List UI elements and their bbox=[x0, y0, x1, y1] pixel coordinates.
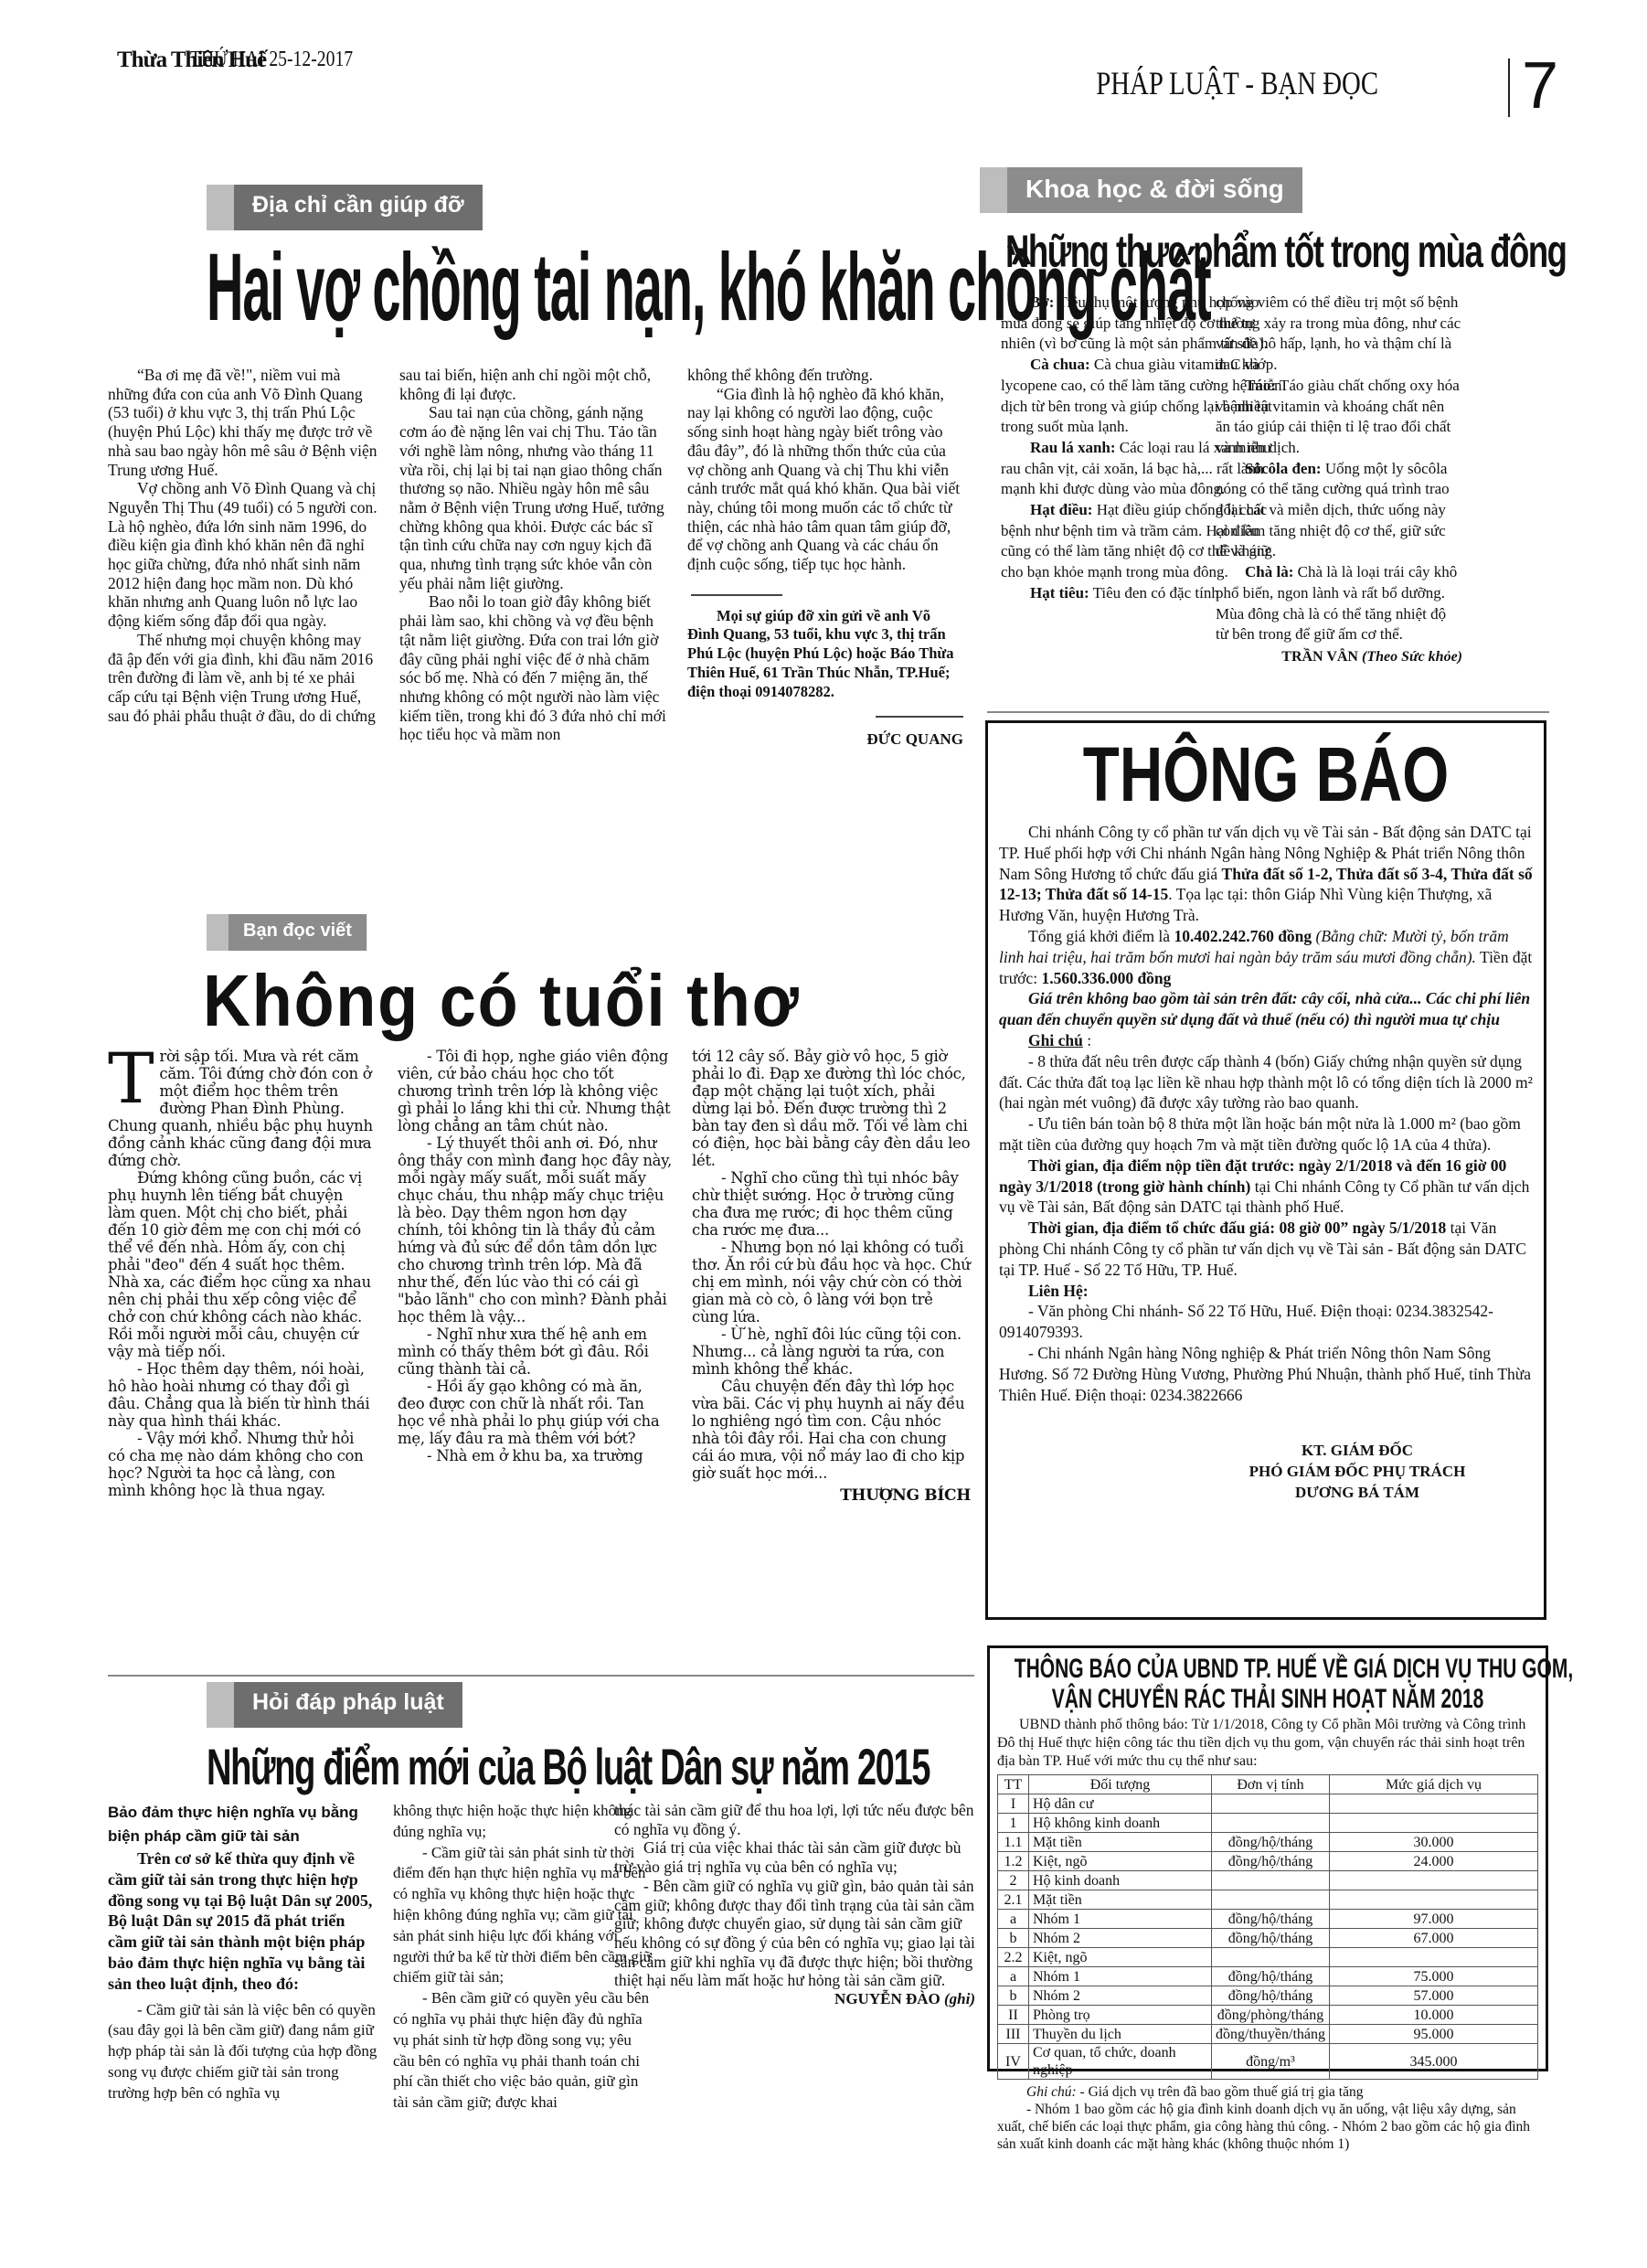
term: Hạt điều: bbox=[1030, 501, 1092, 518]
fee-table: TT Đối tượng Đơn vị tính Mức giá dịch vụ… bbox=[997, 1774, 1538, 2080]
row-subject: Hộ không kinh doanh bbox=[1029, 1814, 1212, 1833]
article4-subhead: Bảo đảm thực hiện nghĩa vụ bằng biện phá… bbox=[108, 1801, 377, 1848]
column-header: Đối tượng bbox=[1029, 1775, 1212, 1794]
row-unit bbox=[1212, 1890, 1330, 1910]
row-unit: đồng/hộ/tháng bbox=[1212, 1910, 1330, 1929]
table-row: 2.2Kiệt, ngõ bbox=[998, 1948, 1538, 1967]
notice-title: THÔNG BÁO bbox=[1057, 736, 1474, 813]
term: Hạt tiêu: bbox=[1030, 584, 1089, 602]
row-price: 30.000 bbox=[1329, 1833, 1537, 1852]
row-number: b bbox=[998, 1986, 1029, 2006]
term: Chà là: bbox=[1245, 563, 1293, 580]
paragraph: Bao nỗi lo toan giờ đây không biết phải … bbox=[399, 592, 667, 744]
table-row: 1.1Mặt tiềnđồng/hộ/tháng30.000 bbox=[998, 1833, 1538, 1852]
contact-label: Liên Hệ: bbox=[999, 1281, 1533, 1302]
paragraph: “Ba ơi mẹ đã về!", niềm vui mà những đứa… bbox=[108, 366, 380, 479]
paragraph: - Bên cầm giữ có nghĩa vụ giữ gìn, bảo q… bbox=[614, 1877, 975, 1990]
note-item: - 8 thửa đất nêu trên được cấp thành 4 (… bbox=[999, 1051, 1533, 1113]
paragraph: tới 12 cây số. Bảy giờ vô học, 5 giờ phả… bbox=[692, 1048, 971, 1169]
row-unit: đồng/thuyền/tháng bbox=[1212, 2025, 1330, 2044]
row-number: I bbox=[998, 1794, 1029, 1814]
article2-kicker: Khoa học & đời sống bbox=[980, 167, 1302, 213]
paragraph: Vợ chồng anh Võ Đình Quang và chị Nguyễn… bbox=[108, 479, 380, 631]
note-label: Ghi chú: bbox=[1026, 2084, 1077, 2100]
paragraph: không thể không đến trường. bbox=[687, 366, 963, 385]
row-number: 1 bbox=[998, 1814, 1029, 1833]
table-row: 2Hộ kinh doanh bbox=[998, 1871, 1538, 1890]
table-row: bNhóm 2đồng/hộ/tháng67.000 bbox=[998, 1929, 1538, 1948]
row-subject: Kiệt, ngõ bbox=[1029, 1948, 1212, 1967]
row-unit bbox=[1212, 1794, 1330, 1814]
row-subject: Nhóm 2 bbox=[1029, 1986, 1212, 2006]
row-subject: Phòng trọ bbox=[1029, 2006, 1212, 2025]
table-row: 2.1Mặt tiền bbox=[998, 1890, 1538, 1910]
article4-headline: Những điểm mới của Bộ luật Dân sự năm 20… bbox=[207, 1741, 930, 1793]
column-header: Đơn vị tính bbox=[1212, 1775, 1330, 1794]
notice-signature: KT. GIÁM ĐỐC PHÓ GIÁM ĐỐC PHỤ TRÁCH DƯƠN… bbox=[999, 1440, 1533, 1503]
note-item: - Giá dịch vụ trên đã bao gồm thuế giá t… bbox=[1077, 2084, 1364, 2100]
row-number: b bbox=[998, 1929, 1029, 1948]
row-number: II bbox=[998, 2006, 1029, 2025]
article1-col2: sau tai biến, hiện anh chỉ ngồi một chỗ,… bbox=[399, 366, 667, 744]
row-subject: Mặt tiền bbox=[1029, 1833, 1212, 1852]
note-label: Ghi chú bbox=[1028, 1031, 1083, 1049]
paragraph: “Gia đình là hộ nghèo đã khó khăn, nay l… bbox=[687, 385, 963, 574]
row-number: 2.2 bbox=[998, 1948, 1029, 1967]
column-header: TT bbox=[998, 1775, 1029, 1794]
article1-kicker: Địa chỉ cần giúp đỡ bbox=[207, 185, 483, 230]
kicker-label: Địa chỉ cần giúp đỡ bbox=[234, 185, 483, 230]
row-unit bbox=[1212, 1948, 1330, 1967]
fee-notes: Ghi chú: - Giá dịch vụ trên đã bao gồm t… bbox=[997, 2083, 1538, 2153]
row-price: 97.000 bbox=[1329, 1910, 1537, 1929]
row-unit: đồng/m³ bbox=[1212, 2044, 1330, 2080]
paragraph: - Nghĩ cho cũng thì tụi nhóc bây chừ thi… bbox=[692, 1169, 971, 1239]
paragraph: Giá trị của việc khai thác tài sản cầm g… bbox=[614, 1838, 975, 1876]
term: Rau lá xanh: bbox=[1030, 439, 1116, 456]
article4-col3: thác tài sản cầm giữ để thu hoa lợi, lợi… bbox=[614, 1801, 975, 2009]
article2-author: TRẦN VÂN bbox=[1281, 649, 1358, 665]
row-price: 345.000 bbox=[1329, 2044, 1537, 2080]
article4-lead: Trên cơ sở kế thừa quy định về cầm giữ t… bbox=[108, 1848, 377, 1995]
paragraph: - Vậy mới khổ. Nhưng thử hỏi có cha mẹ n… bbox=[108, 1430, 373, 1499]
row-number: 2.1 bbox=[998, 1890, 1029, 1910]
row-unit: đồng/hộ/tháng bbox=[1212, 1929, 1330, 1948]
kicker-label: Khoa học & đời sống bbox=[1007, 167, 1302, 213]
paragraph: - Lý thuyết thôi anh ơi. Đó, như ông thầ… bbox=[398, 1134, 672, 1326]
article2-col2: chống viêm có thể điều trị một số bệnh t… bbox=[1216, 293, 1462, 668]
drop-cap: T bbox=[108, 1048, 159, 1106]
page-number: 7 bbox=[1522, 53, 1558, 119]
table-row: 1Hộ không kinh doanh bbox=[998, 1814, 1538, 1833]
table-row: aNhóm 1đồng/hộ/tháng75.000 bbox=[998, 1967, 1538, 1986]
fee-notice-intro: UBND thành phố thông báo: Từ 1/1/2018, C… bbox=[997, 1716, 1538, 1771]
divider bbox=[108, 1675, 974, 1677]
issue-date: THỨ HAI 25-12-2017 bbox=[190, 48, 353, 72]
row-number: 1.1 bbox=[998, 1833, 1029, 1852]
row-subject: Hộ dân cư bbox=[1029, 1794, 1212, 1814]
table-row: 1.2Kiệt, ngõđồng/hộ/tháng24.000 bbox=[998, 1852, 1538, 1871]
article4-col1: Bảo đảm thực hiện nghĩa vụ bằng biện phá… bbox=[108, 1801, 377, 2104]
table-row: aNhóm 1đồng/hộ/tháng97.000 bbox=[998, 1910, 1538, 1929]
row-subject: Thuyền du lịch bbox=[1029, 2025, 1212, 2044]
table-row: bNhóm 2đồng/hộ/tháng57.000 bbox=[998, 1986, 1538, 2006]
article1-author: ĐỨC QUANG bbox=[687, 730, 963, 750]
row-price: 75.000 bbox=[1329, 1967, 1537, 1986]
row-price bbox=[1329, 1794, 1537, 1814]
table-row: IIIThuyền du lịchđồng/thuyền/tháng95.000 bbox=[998, 2025, 1538, 2044]
row-price bbox=[1329, 1814, 1537, 1833]
term: Táo: bbox=[1245, 377, 1276, 394]
fee-notice-title: THÔNG BÁO CỦA UBND TP. HUẾ VỀ GIÁ DỊCH V… bbox=[1015, 1654, 1521, 1714]
row-price bbox=[1329, 1871, 1537, 1890]
row-unit: đồng/hộ/tháng bbox=[1212, 1986, 1330, 2006]
paragraph: - Tôi đi họp, nghe giáo viên động viên, … bbox=[398, 1048, 672, 1134]
row-subject: Nhóm 1 bbox=[1029, 1967, 1212, 1986]
divider bbox=[876, 716, 963, 718]
term: Bơ: bbox=[1030, 293, 1054, 311]
starting-price: 10.402.242.760 đồng bbox=[1174, 927, 1312, 945]
article3-headline: Không có tuổi thơ bbox=[203, 964, 801, 1038]
term: Sôcôla đen: bbox=[1245, 460, 1322, 477]
table-row: IIPhòng trọđồng/phòng/tháng10.000 bbox=[998, 2006, 1538, 2025]
article4-author: NGUYỄN ĐÀO bbox=[834, 1990, 940, 2007]
row-unit: đồng/hộ/tháng bbox=[1212, 1852, 1330, 1871]
article3-col3: tới 12 cây số. Bảy giờ vô học, 5 giờ phả… bbox=[692, 1048, 971, 1505]
section-title: PHÁP LUẬT - BẠN ĐỌC bbox=[1096, 64, 1378, 102]
signature-name: DƯƠNG BÁ TÁM bbox=[1182, 1482, 1533, 1503]
header-divider bbox=[1508, 59, 1510, 117]
kicker-label: Bạn đọc viết bbox=[228, 914, 367, 951]
article3-kicker: Bạn đọc viết bbox=[207, 914, 367, 951]
row-price: 95.000 bbox=[1329, 2025, 1537, 2044]
row-unit: đồng/hộ/tháng bbox=[1212, 1967, 1330, 1986]
row-subject: Nhóm 1 bbox=[1029, 1910, 1212, 1929]
column-header: Mức giá dịch vụ bbox=[1329, 1775, 1537, 1794]
article1-col1: “Ba ơi mẹ đã về!", niềm vui mà những đứa… bbox=[108, 366, 380, 725]
paragraph: Thế nhưng mọi chuyện không may đã ập đến… bbox=[108, 631, 380, 726]
contact-item: - Văn phòng Chi nhánh- Số 22 Tố Hữu, Huế… bbox=[999, 1301, 1533, 1343]
row-unit bbox=[1212, 1871, 1330, 1890]
row-subject: Hộ kinh doanh bbox=[1029, 1871, 1212, 1890]
text: Tổng giá khởi điểm là bbox=[1028, 927, 1174, 945]
row-number: III bbox=[998, 2025, 1029, 2044]
row-number: a bbox=[998, 1967, 1029, 1986]
kicker-label: Hỏi đáp pháp luật bbox=[234, 1682, 462, 1728]
row-price: 67.000 bbox=[1329, 1929, 1537, 1948]
row-subject: Nhóm 2 bbox=[1029, 1929, 1212, 1948]
divider bbox=[691, 594, 782, 596]
row-unit: đồng/phòng/tháng bbox=[1212, 2006, 1330, 2025]
paragraph: Sau tai nạn của chồng, gánh nặng cơm áo … bbox=[399, 403, 667, 592]
table-row: IHộ dân cư bbox=[998, 1794, 1538, 1814]
help-note: Mọi sự giúp đỡ xin gửi về anh Võ Đình Qu… bbox=[687, 607, 963, 702]
title-line: THÔNG BÁO CỦA UBND TP. HUẾ VỀ GIÁ DỊCH V… bbox=[1015, 1654, 1521, 1684]
note-item: - Nhóm 1 bao gồm các hộ gia đình kinh do… bbox=[997, 2101, 1538, 2153]
article3-author: THƯỢNG BÍCH bbox=[692, 1487, 971, 1505]
article3-col2: - Tôi đi họp, nghe giáo viên động viên, … bbox=[398, 1048, 672, 1464]
row-number: 2 bbox=[998, 1871, 1029, 1890]
paragraph: - Cầm giữ tài sản là việc bên có quyền (… bbox=[108, 2000, 377, 2104]
paragraph: - Ừ hè, nghĩ đôi lúc cũng tội con. Nhưng… bbox=[692, 1326, 971, 1378]
row-number: 1.2 bbox=[998, 1852, 1029, 1871]
contact-item: - Chi nhánh Ngân hàng Nông nghiệp & Phát… bbox=[999, 1343, 1533, 1405]
row-price bbox=[1329, 1948, 1537, 1967]
row-price: 10.000 bbox=[1329, 2006, 1537, 2025]
row-unit: đồng/hộ/tháng bbox=[1212, 1833, 1330, 1852]
paragraph: - Nghĩ như xưa thế hệ anh em mình có thấ… bbox=[398, 1326, 672, 1378]
paragraph: - Nhưng bọn nó lại không có tuổi thơ. Ăn… bbox=[692, 1239, 971, 1326]
row-price: 24.000 bbox=[1329, 1852, 1537, 1871]
row-price: 57.000 bbox=[1329, 1986, 1537, 2006]
article1-col3: không thể không đến trường. “Gia đình là… bbox=[687, 366, 963, 750]
paragraph: - Học thêm dạy thêm, nói hoài, hô hào ho… bbox=[108, 1360, 373, 1430]
row-number: IV bbox=[998, 2044, 1029, 2080]
divider bbox=[987, 711, 1549, 713]
title-line: VẬN CHUYỂN RÁC THẢI SINH HOẠT NĂM 2018 bbox=[1015, 1684, 1521, 1714]
signature-line: KT. GIÁM ĐỐC bbox=[1182, 1440, 1533, 1461]
note-item: - Ưu tiên bán toàn bộ 8 thửa một lần hoặ… bbox=[999, 1113, 1533, 1155]
paragraph: - Hồi ấy gạo không có mà ăn, đeo được co… bbox=[398, 1378, 672, 1447]
term: Cà chua: bbox=[1030, 356, 1090, 373]
row-unit bbox=[1212, 1814, 1330, 1833]
article3-col1: Trời sập tối. Mưa và rét căm căm. Tôi đứ… bbox=[108, 1048, 373, 1499]
auction-time: Thời gian, địa điểm tổ chức đấu giá: 08 … bbox=[1028, 1219, 1446, 1237]
row-subject: Mặt tiền bbox=[1029, 1890, 1212, 1910]
paragraph: sau tai biến, hiện anh chỉ ngồi một chỗ,… bbox=[399, 366, 667, 403]
deposit-amount: 1.560.336.000 đồng bbox=[1041, 969, 1171, 987]
row-price bbox=[1329, 1890, 1537, 1910]
auction-notice-box: THÔNG BÁO Chi nhánh Công ty cổ phần tư v… bbox=[985, 720, 1546, 1620]
article2-headline: Những thực phẩm tốt trong mùa đông bbox=[1005, 229, 1566, 274]
article4-kicker: Hỏi đáp pháp luật bbox=[207, 1682, 462, 1728]
price-exclusion: Giá trên không bao gồm tài sản trên đất:… bbox=[999, 988, 1533, 1030]
paragraph: Câu chuyện đến đây thì lớp học vừa bãi. … bbox=[692, 1378, 971, 1482]
table-row: IVCơ quan, tổ chức, doanh nghiệpđồng/m³3… bbox=[998, 2044, 1538, 2080]
fee-notice-box: THÔNG BÁO CỦA UBND TP. HUẾ VỀ GIÁ DỊCH V… bbox=[987, 1645, 1548, 2071]
row-subject: Cơ quan, tổ chức, doanh nghiệp bbox=[1029, 2044, 1212, 2080]
row-subject: Kiệt, ngõ bbox=[1029, 1852, 1212, 1871]
table-header-row: TT Đối tượng Đơn vị tính Mức giá dịch vụ bbox=[998, 1775, 1538, 1794]
paragraph: - Nhà em ở khu ba, xa trường bbox=[398, 1447, 672, 1464]
article4-author-note: (ghi) bbox=[944, 1990, 975, 2007]
text: Tiêu đen có đặc tính bbox=[1089, 584, 1219, 602]
paragraph: Đứng không cũng buồn, các vị phụ huynh l… bbox=[108, 1169, 373, 1360]
article2-source: (Theo Sức khỏe) bbox=[1362, 649, 1462, 665]
paragraph: thác tài sản cầm giữ để thu hoa lợi, lợi… bbox=[614, 1801, 975, 1838]
text: chống viêm có thể điều trị một số bệnh t… bbox=[1216, 293, 1461, 373]
row-number: a bbox=[998, 1910, 1029, 1929]
signature-line: PHÓ GIÁM ĐỐC PHỤ TRÁCH bbox=[1182, 1461, 1533, 1482]
